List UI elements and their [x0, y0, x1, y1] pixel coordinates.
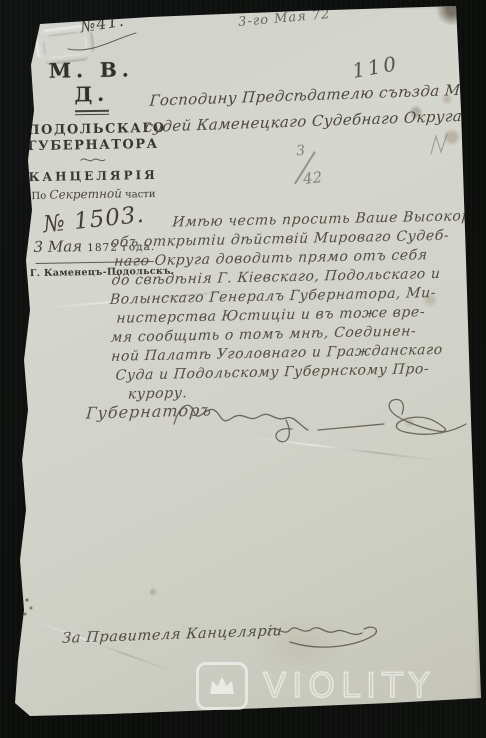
letterhead-rule: [75, 110, 109, 116]
department-prefix: По: [31, 191, 46, 202]
crown-icon: [196, 662, 248, 710]
pencil-date-note: 3-го Мая 72: [238, 7, 332, 30]
governor-signature: [168, 386, 478, 448]
pencil-scribble: [428, 132, 450, 158]
department-suffix: части: [125, 189, 156, 201]
clerk-title: За Правителя Канцеляріи: [62, 623, 283, 647]
crown-glyph: [208, 676, 236, 696]
pencil-page-number: 110: [350, 51, 401, 83]
office-name-line2: ГУБЕРНАТОРА: [27, 137, 157, 155]
ornament-squiggle: [80, 156, 106, 163]
fraction-numerator: 3: [295, 143, 306, 160]
recipient-line1: Господину Предсѣдателю съѣзда Мировыхъ: [149, 80, 480, 110]
chancellery-title: КАНЦЕЛЯРІЯ: [28, 168, 158, 184]
paper-sheet: №41. 3-го Мая 72 110 М. В. Д. ПОДОЛЬСКАГ…: [0, 0, 486, 738]
document-photo: №41. 3-го Мая 72 110 М. В. Д. ПОДОЛЬСКАГ…: [0, 0, 486, 738]
watermark-brand: VIOLITY: [263, 669, 436, 703]
recipient-address: Господину Предсѣдателю съѣзда Мировыхъ с…: [149, 80, 480, 135]
letter-body: Имѣю честь просить Ваше Высокородіе объ …: [108, 208, 478, 406]
date-handwritten: 3 Мая: [33, 237, 82, 256]
clerk-closing-line: За Правителя Канцеляріи: [62, 620, 283, 647]
violity-watermark: VIOLITY: [196, 662, 436, 710]
pencil-fraction: 3 42: [281, 139, 342, 197]
department-line: По Секретной части: [28, 186, 158, 202]
department-handwritten: Секретной: [49, 187, 122, 202]
ink-flourish: [66, 30, 140, 52]
ministry-abbreviation: М. В. Д.: [26, 57, 157, 107]
fraction-denominator: 42: [302, 168, 323, 188]
clerk-signature: [262, 610, 382, 654]
